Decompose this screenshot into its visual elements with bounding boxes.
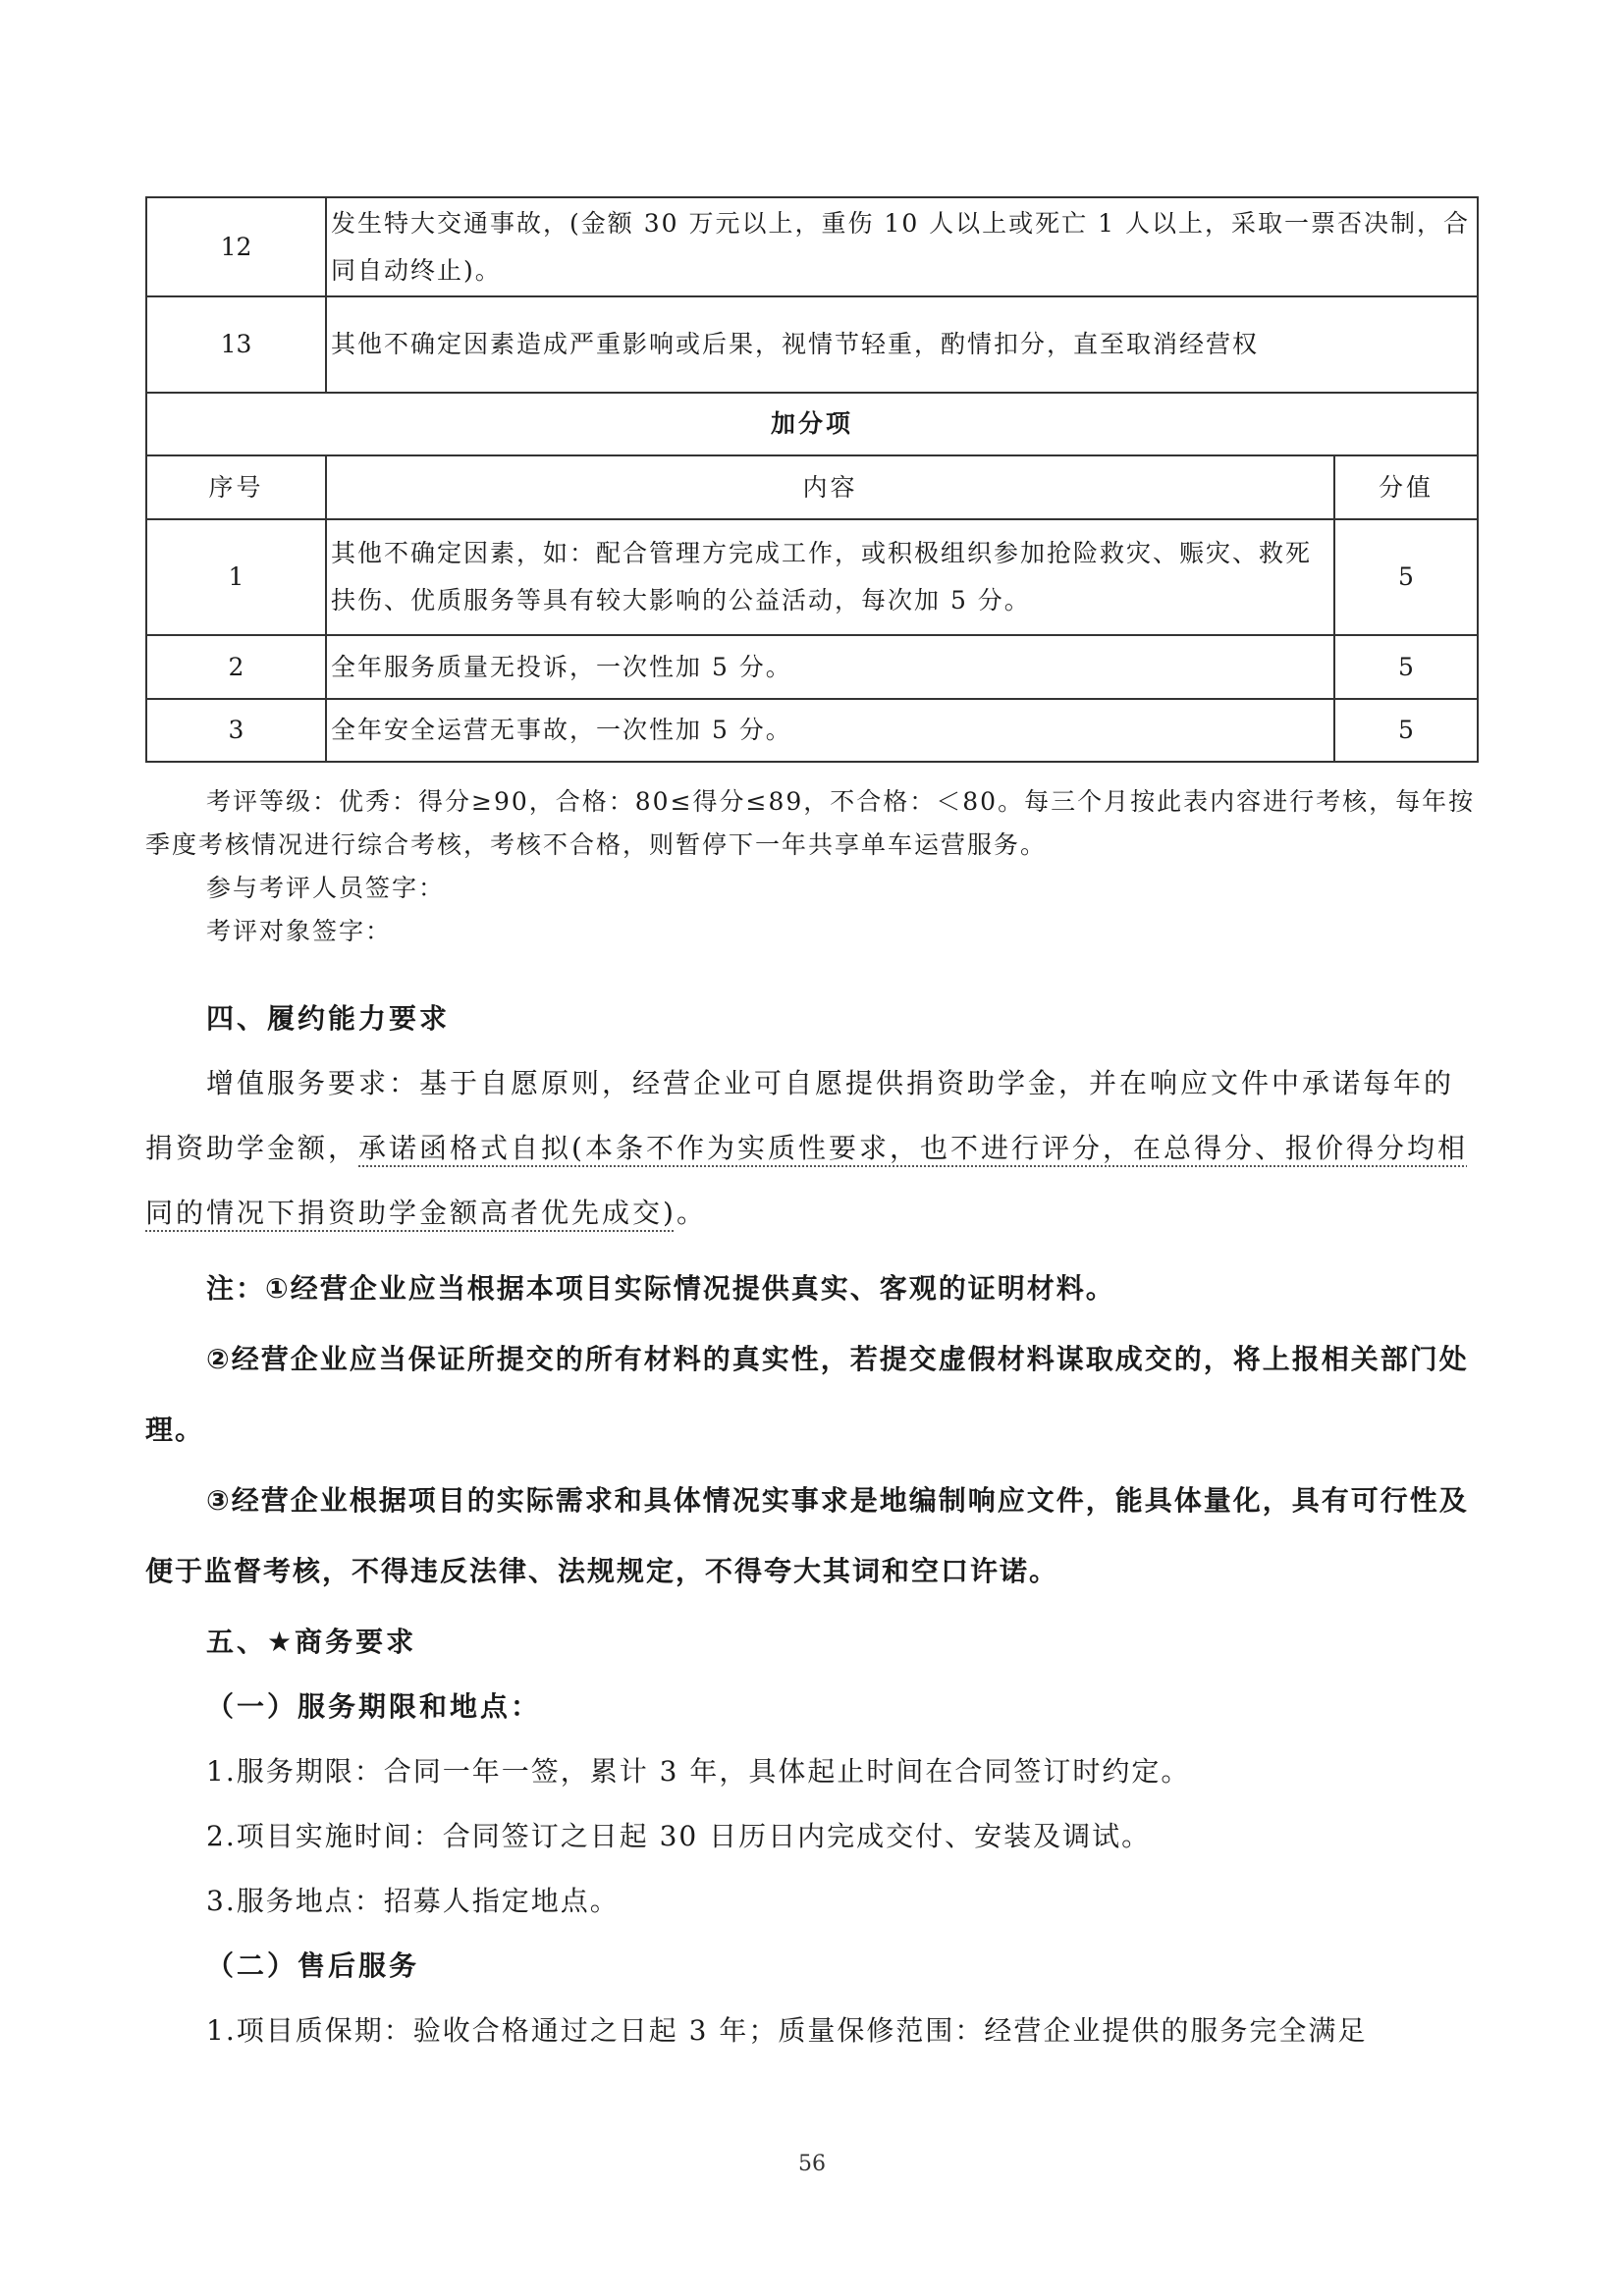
score-table-container: 12 发生特大交通事故，(金额 30 万元以上，重伤 10 人以上或死亡 1 人… [145,196,1481,763]
para-suffix: 。 [677,1197,707,1229]
row-value: 5 [1334,635,1478,699]
page-number: 56 [0,2152,1624,2176]
list-item: 1.服务期限：合同一年一签，累计 3 年，具体起止时间在合同签订时约定。 [145,1739,1481,1804]
row-content: 其他不确定因素造成严重影响或后果，视情节轻重，酌情扣分，直至取消经营权 [326,296,1478,393]
section-4-heading: 四、履约能力要求 [145,987,1481,1051]
row-number: 2 [146,635,326,699]
table-row: 13 其他不确定因素造成严重影响或后果，视情节轻重，酌情扣分，直至取消经营权 [146,296,1478,393]
row-number: 3 [146,699,326,762]
row-value: 5 [1334,519,1478,635]
row-number: 1 [146,519,326,635]
bonus-section-title: 加分项 [146,393,1478,455]
list-item: 3.服务地点：招募人指定地点。 [145,1869,1481,1934]
evaluation-block: 考评等级：优秀：得分≥90，合格：80≤得分≤89，不合格：＜80。每三个月按此… [145,780,1481,953]
row-content: 全年服务质量无投诉，一次性加 5 分。 [326,635,1334,699]
section-5-heading: 五、★商务要求 [145,1610,1481,1675]
row-content: 其他不确定因素，如：配合管理方完成工作，或积极组织参加抢险救灾、赈灾、救死扶伤、… [326,519,1334,635]
score-table: 12 发生特大交通事故，(金额 30 万元以上，重伤 10 人以上或死亡 1 人… [145,196,1479,763]
note-3: ③经营企业根据项目的实际需求和具体情况实事求是地编制响应文件，能具体量化，具有可… [145,1466,1481,1607]
section-4: 四、履约能力要求 增值服务要求：基于自愿原则，经营企业可自愿提供捐资助学金，并在… [145,987,1481,1607]
value-added-service-paragraph: 增值服务要求：基于自愿原则，经营企业可自愿提供捐资助学金，并在响应文件中承诺每年… [145,1051,1481,1246]
subsection-2-heading: （二）售后服务 [145,1934,1481,1999]
target-sign-label: 考评对象签字： [145,910,1481,953]
header-value: 分值 [1334,455,1478,519]
table-row: 1 其他不确定因素，如：配合管理方完成工作，或积极组织参加抢险救灾、赈灾、救死扶… [146,519,1478,635]
section-5: 五、★商务要求 （一）服务期限和地点： 1.服务期限：合同一年一签，累计 3 年… [145,1610,1481,2063]
list-item: 2.项目实施时间：合同签订之日起 30 日历日内完成交付、安装及调试。 [145,1804,1481,1869]
row-content: 全年安全运营无事故，一次性加 5 分。 [326,699,1334,762]
row-value: 5 [1334,699,1478,762]
participants-sign-label: 参与考评人员签字： [145,867,1481,910]
bonus-section-row: 加分项 [146,393,1478,455]
note-1: 注：①经营企业应当根据本项目实际情况提供真实、客观的证明材料。 [145,1254,1481,1324]
grade-text: 考评等级：优秀：得分≥90，合格：80≤得分≤89，不合格：＜80。每三个月按此… [145,780,1481,867]
table-header-row: 序号 内容 分值 [146,455,1478,519]
table-row: 2 全年服务质量无投诉，一次性加 5 分。 5 [146,635,1478,699]
row-content: 发生特大交通事故，(金额 30 万元以上，重伤 10 人以上或死亡 1 人以上，… [326,197,1478,296]
subsection-1-heading: （一）服务期限和地点： [145,1675,1481,1739]
table-row: 12 发生特大交通事故，(金额 30 万元以上，重伤 10 人以上或死亡 1 人… [146,197,1478,296]
row-number: 13 [146,296,326,393]
header-num: 序号 [146,455,326,519]
table-row: 3 全年安全运营无事故，一次性加 5 分。 5 [146,699,1478,762]
note-2: ②经营企业应当保证所提交的所有材料的真实性，若提交虚假材料谋取成交的，将上报相关… [145,1324,1481,1466]
list-item: 1.项目质保期：验收合格通过之日起 3 年；质量保修范围：经营企业提供的服务完全… [145,1999,1481,2063]
header-content: 内容 [326,455,1334,519]
row-number: 12 [146,197,326,296]
